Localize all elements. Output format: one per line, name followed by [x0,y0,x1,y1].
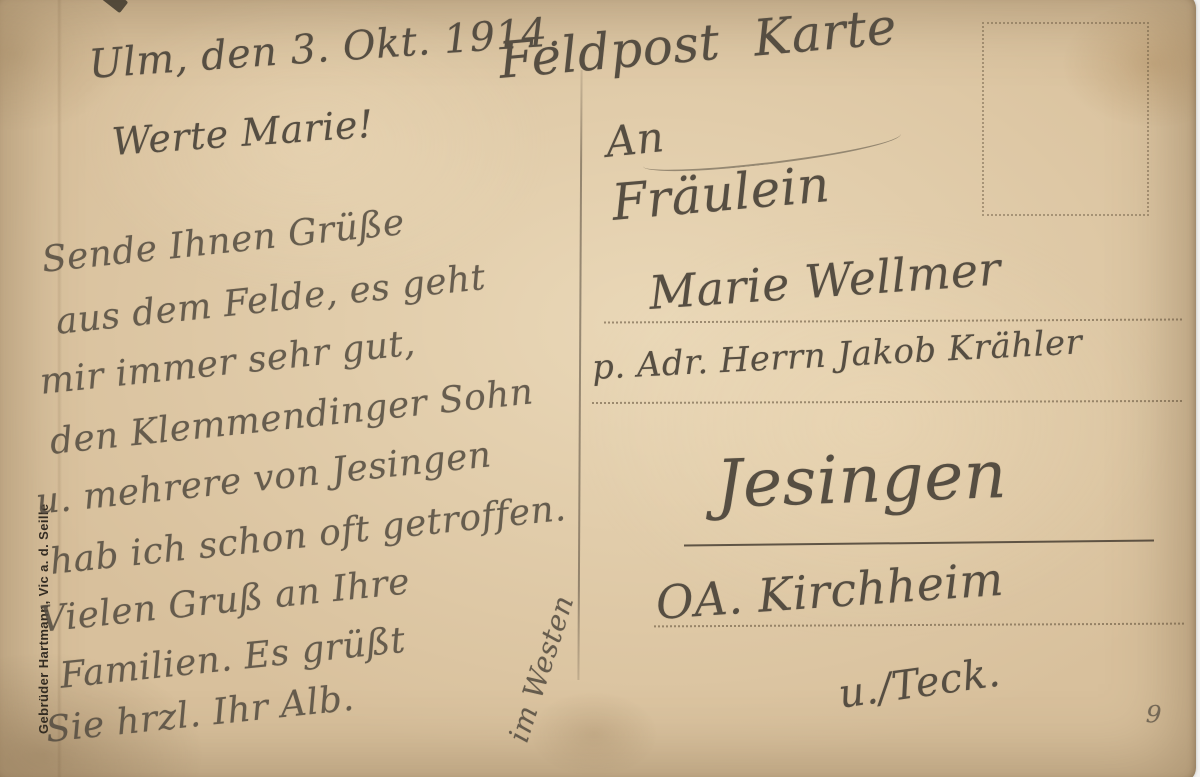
address-district: OA. Kirchheim [654,552,1005,630]
address-rule-2 [592,400,1182,404]
address-name: Marie Wellmer [647,241,1002,319]
corner-number: 9 [1145,700,1162,729]
message-line: Sende Ihnen Grüße [40,202,407,281]
postcard-back: Gebrüder Hartmann, Vic a. d. Seille Ulm,… [0,0,1196,777]
center-divider-line [577,70,582,680]
dateline: Ulm, den 3. Okt. 1914. [87,9,562,88]
town-underline [684,540,1154,547]
salutation: Werte Marie! [110,102,375,164]
corner-crease-mark [90,0,129,13]
address-town: Jesingen [715,436,1008,523]
diagonal-note: im Westen [502,591,580,746]
stamp-box [982,22,1149,216]
address-care-of: p. Adr. Herrn Jakob Krähler [591,322,1083,388]
address-district-2: u./Teck. [836,650,1003,718]
address-rule-1 [604,318,1182,323]
